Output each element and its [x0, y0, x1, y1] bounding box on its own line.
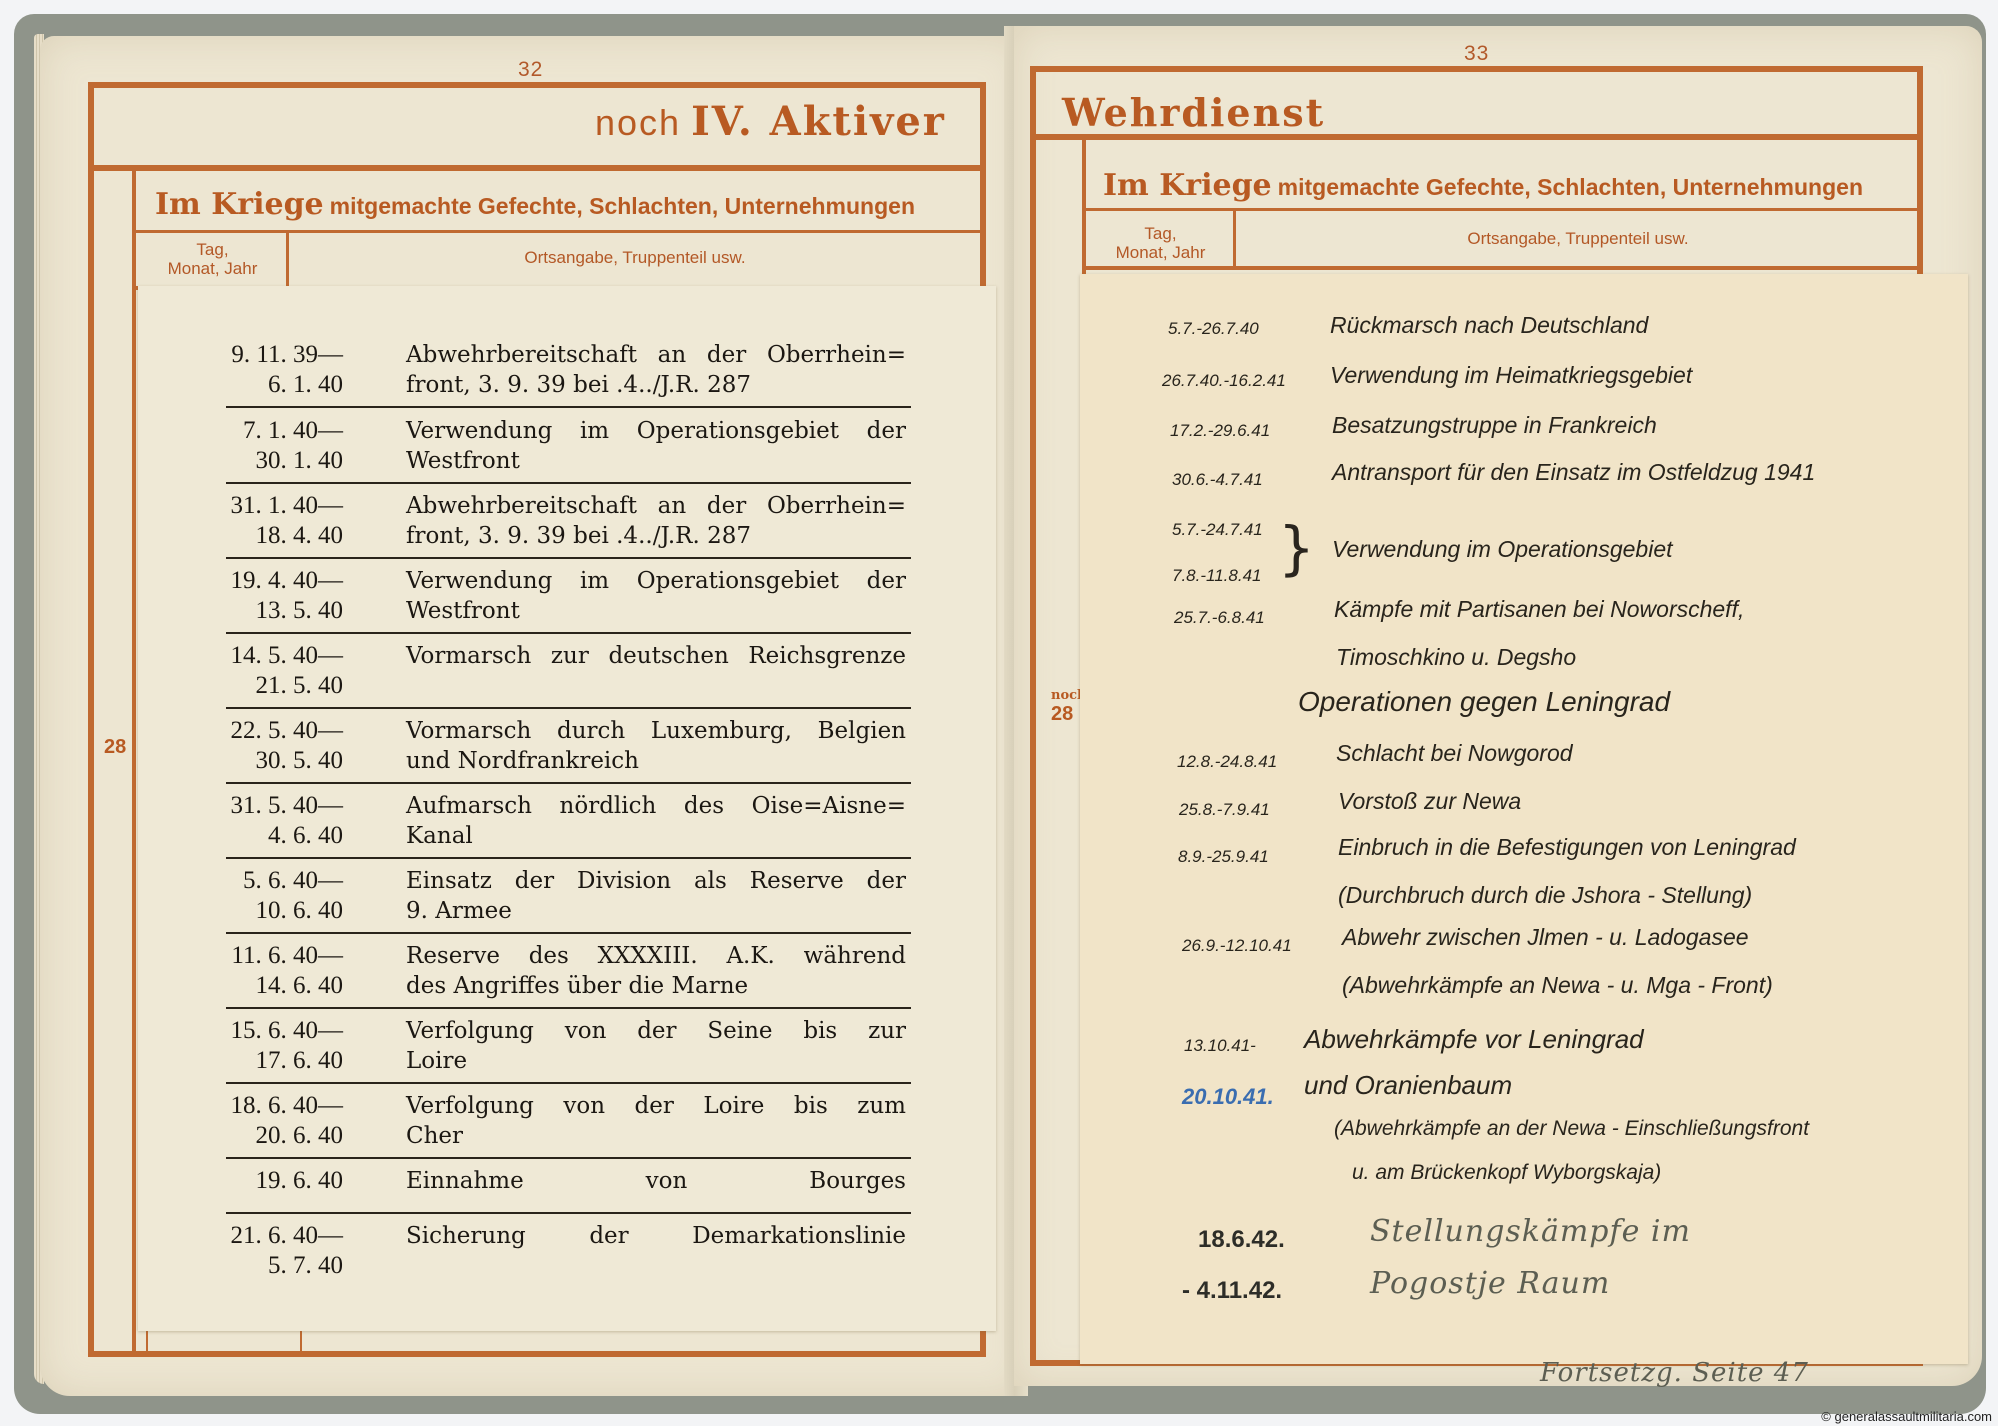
- entry-date: 26.9.-12.10.41: [1182, 936, 1292, 956]
- entry-date: 5.7.-26.7.40: [1168, 319, 1259, 339]
- entry-text: Schlacht bei Nowgorod: [1336, 740, 1573, 767]
- row-divider: [226, 782, 911, 784]
- bracket-icon: }: [1278, 519, 1315, 577]
- entry-text: Kämpfe mit Partisanen bei Noworscheff,: [1334, 596, 1744, 623]
- section-heading-leningrad: Operationen gegen Leningrad: [1298, 686, 1670, 718]
- row-divider: [226, 932, 911, 934]
- entry-line-1: Sicherung der Demarkationslinie: [406, 1221, 906, 1251]
- entry-text: Rückmarsch nach Deutschland: [1330, 312, 1648, 339]
- subhead-rest: mitgemachte Gefechte, Schlachten, Untern…: [1278, 174, 1863, 200]
- entry-text-2: (Durchbruch durch die Jshora - Stellung): [1338, 882, 1752, 909]
- page-number-right: 33: [1464, 42, 1489, 66]
- date-to: 13. 5. 40: [228, 596, 343, 626]
- entry-text: Abwehrkämpfe vor Leningrad: [1304, 1024, 1644, 1055]
- entry-date: 5.7.-24.7.41: [1172, 520, 1263, 540]
- entry-line-1: Vormarsch durch Luxemburg, Belgien: [406, 716, 906, 746]
- handwritten-date-1: 18.6.42.: [1198, 1226, 1285, 1254]
- entry-text: Vorstoß zur Newa: [1338, 788, 1521, 815]
- entry-date: 26.7.40.-16.2.41: [1162, 371, 1286, 391]
- entry-line-1: Verwendung im Operationsgebiet der: [406, 416, 906, 446]
- entry-line-2: front, 3. 9. 39 bei .4../J.R. 287: [406, 521, 906, 551]
- col-date-line1: Tag,: [1088, 224, 1233, 243]
- entry-text: Verwendung im Operationsgebiet: [1332, 536, 1673, 563]
- right-col-place-header: Ortsangabe, Truppenteil usw.: [1238, 229, 1918, 248]
- left-pasted-insert: 9. 11. 39—6. 1. 40Abwehrbereitschaft an …: [138, 286, 996, 1331]
- entry-text-2: Timoschkino u. Degsho: [1336, 644, 1576, 671]
- entry-line-2: front, 3. 9. 39 bei .4../J.R. 287: [406, 370, 906, 400]
- left-bottom-separator: [300, 1330, 302, 1356]
- row-divider: [226, 557, 911, 559]
- left-title-divider: [88, 165, 986, 171]
- left-col-place-header: Ortsangabe, Truppenteil usw.: [290, 248, 980, 267]
- entry-date: 12.8.-24.8.41: [1177, 752, 1277, 772]
- col-date-line1: Tag,: [140, 240, 285, 259]
- entry-line-1: Verfolgung von der Seine bis zur: [406, 1016, 906, 1046]
- entry-line-2: Cher: [406, 1121, 906, 1151]
- row-divider: [226, 1157, 911, 1159]
- entry-date: 13.10.41-: [1184, 1036, 1256, 1056]
- row-divider: [226, 1007, 911, 1009]
- date-to: 21. 5. 40: [228, 671, 343, 701]
- left-colhead-separator: [286, 232, 289, 288]
- entry-date-blue: 20.10.41.: [1182, 1084, 1274, 1110]
- entry-line-1: Einnahme von Bourges: [406, 1166, 906, 1196]
- row-divider: [226, 482, 911, 484]
- date-to: 30. 5. 40: [228, 746, 343, 776]
- entry-date: 30.6.-4.7.41: [1172, 470, 1263, 490]
- date-to: 17. 6. 40: [228, 1046, 343, 1076]
- row-divider: [226, 1212, 911, 1214]
- date-from: 18. 6. 40—: [228, 1091, 343, 1121]
- entry-line-1: Aufmarsch nördlich des Oise=Aisne=: [406, 791, 906, 821]
- row-divider: [226, 406, 911, 408]
- left-subheading: Im Kriegemitgemachte Gefechte, Schlachte…: [155, 187, 915, 222]
- date-to: 4. 6. 40: [228, 821, 343, 851]
- entry-line-2: Loire: [406, 1046, 906, 1076]
- date-from: 7. 1. 40—: [228, 416, 343, 446]
- subhead-rest: mitgemachte Gefechte, Schlachten, Untern…: [330, 193, 915, 219]
- entry-line-1: Einsatz der Division als Reserve der: [406, 866, 906, 896]
- entry-line-1: Verfolgung von der Loire bis zum: [406, 1091, 906, 1121]
- right-colhead-divider: [1082, 266, 1923, 270]
- entry-date: 17.2.-29.6.41: [1170, 421, 1270, 441]
- date-to: 5. 7. 40: [228, 1251, 343, 1281]
- page-number-left: 32: [518, 58, 543, 82]
- entry-line-2: des Angriffes über die Marne: [406, 971, 906, 1001]
- entry-text: Abwehr zwischen Jlmen - u. Ladogasee: [1342, 924, 1749, 951]
- entry-text: Verwendung im Heimatkriegsgebiet: [1330, 362, 1692, 389]
- entry-text-2: (Abwehrkämpfe an Newa - u. Mga - Front): [1342, 972, 1773, 999]
- watermark-text: © generalassaultmilitaria.com: [1821, 1409, 1992, 1424]
- right-pasted-insert: 5.7.-26.7.40 Rückmarsch nach Deutschland…: [1080, 274, 1968, 1364]
- col-date-line2: Monat, Jahr: [1088, 243, 1233, 262]
- row-divider: [226, 632, 911, 634]
- left-section-title: nochIV. Aktiver: [595, 98, 946, 145]
- entry-text-2: und Oranienbaum: [1304, 1070, 1512, 1101]
- date-from: 5. 6. 40—: [228, 866, 343, 896]
- right-subheading: Im Kriegemitgemachte Gefechte, Schlachte…: [1103, 168, 1863, 203]
- date-to: 20. 6. 40: [228, 1121, 343, 1151]
- right-section-title: Wehrdienst: [1062, 90, 1325, 135]
- entry-date: 8.9.-25.9.41: [1178, 847, 1269, 867]
- date-to: 6. 1. 40: [228, 370, 343, 400]
- left-col-date-header: Tag, Monat, Jahr: [140, 240, 285, 278]
- title-text: IV. Aktiver: [691, 98, 946, 145]
- left-margin-column-line: [132, 165, 136, 1357]
- handwritten-date-2: - 4.11.42.: [1182, 1277, 1282, 1305]
- right-col-date-header: Tag, Monat, Jahr: [1088, 224, 1233, 262]
- date-from: 11. 6. 40—: [228, 941, 343, 971]
- title-prefix: noch: [595, 102, 681, 143]
- entry-text: Einbruch in die Befestigungen von Lening…: [1338, 834, 1796, 861]
- date-to: 10. 6. 40: [228, 896, 343, 926]
- entry-line-2: Westfront: [406, 446, 906, 476]
- left-subhead-divider: [132, 230, 986, 233]
- date-from: 22. 5. 40—: [228, 716, 343, 746]
- subhead-bold: Im Kriege: [1103, 168, 1272, 203]
- right-subhead-divider: [1082, 208, 1923, 211]
- date-from: 9. 11. 39—: [228, 340, 343, 370]
- entry-line-1: Reserve des XXXXIII. A.K. während: [406, 941, 906, 971]
- row-divider: [226, 857, 911, 859]
- row-divider: [226, 707, 911, 709]
- entry-text: Besatzungstruppe in Frankreich: [1332, 412, 1657, 439]
- date-from: 14. 5. 40—: [228, 641, 343, 671]
- entry-date: 25.8.-7.9.41: [1179, 800, 1270, 820]
- date-to: 30. 1. 40: [228, 446, 343, 476]
- date-to: 18. 4. 40: [228, 521, 343, 551]
- date-to: 14. 6. 40: [228, 971, 343, 1001]
- handwritten-text-2: Pogostje Raum: [1370, 1266, 1610, 1301]
- entry-line-2: 9. Armee: [406, 896, 906, 926]
- handwritten-continuation-note: Fortsetzg. Seite 47: [1540, 1358, 1809, 1388]
- entry-line-2: Kanal: [406, 821, 906, 851]
- entry-line-1: Vormarsch zur deutschen Reichsgrenze: [406, 641, 906, 671]
- entry-line-1: Abwehrbereitschaft an der Oberrhein=: [406, 340, 906, 370]
- entry-line-1: Verwendung im Operationsgebiet der: [406, 566, 906, 596]
- date-from: 31. 1. 40—: [228, 491, 343, 521]
- row-divider: [226, 1082, 911, 1084]
- date-from: 19. 4. 40—: [228, 566, 343, 596]
- date-from: 21. 6. 40—: [228, 1221, 343, 1251]
- handwritten-text-1: Stellungskämpfe im: [1370, 1214, 1691, 1249]
- entry-text-4: u. am Brückenkopf Wyborgskaja): [1352, 1161, 1661, 1185]
- date-from: 19. 6. 40: [228, 1166, 343, 1196]
- entry-line-1: Abwehrbereitschaft an der Oberrhein=: [406, 491, 906, 521]
- date-from: 15. 6. 40—: [228, 1016, 343, 1046]
- subhead-bold: Im Kriege: [155, 187, 324, 222]
- entry-text-3: (Abwehrkämpfe an der Newa - Einschließun…: [1334, 1117, 1809, 1141]
- entry-line-2: Westfront: [406, 596, 906, 626]
- entry-text: Antransport für den Einsatz im Ostfeldzu…: [1332, 459, 1815, 486]
- margin-number: 28: [1051, 703, 1073, 725]
- right-colhead-separator: [1233, 210, 1236, 268]
- entry-line-2: und Nordfrankreich: [406, 746, 906, 776]
- left-margin-number: 28: [104, 736, 126, 759]
- entry-date: 25.7.-6.8.41: [1174, 608, 1265, 628]
- entry-date-2: 7.8.-11.8.41: [1172, 566, 1261, 586]
- date-from: 31. 5. 40—: [228, 791, 343, 821]
- col-date-line2: Monat, Jahr: [140, 259, 285, 278]
